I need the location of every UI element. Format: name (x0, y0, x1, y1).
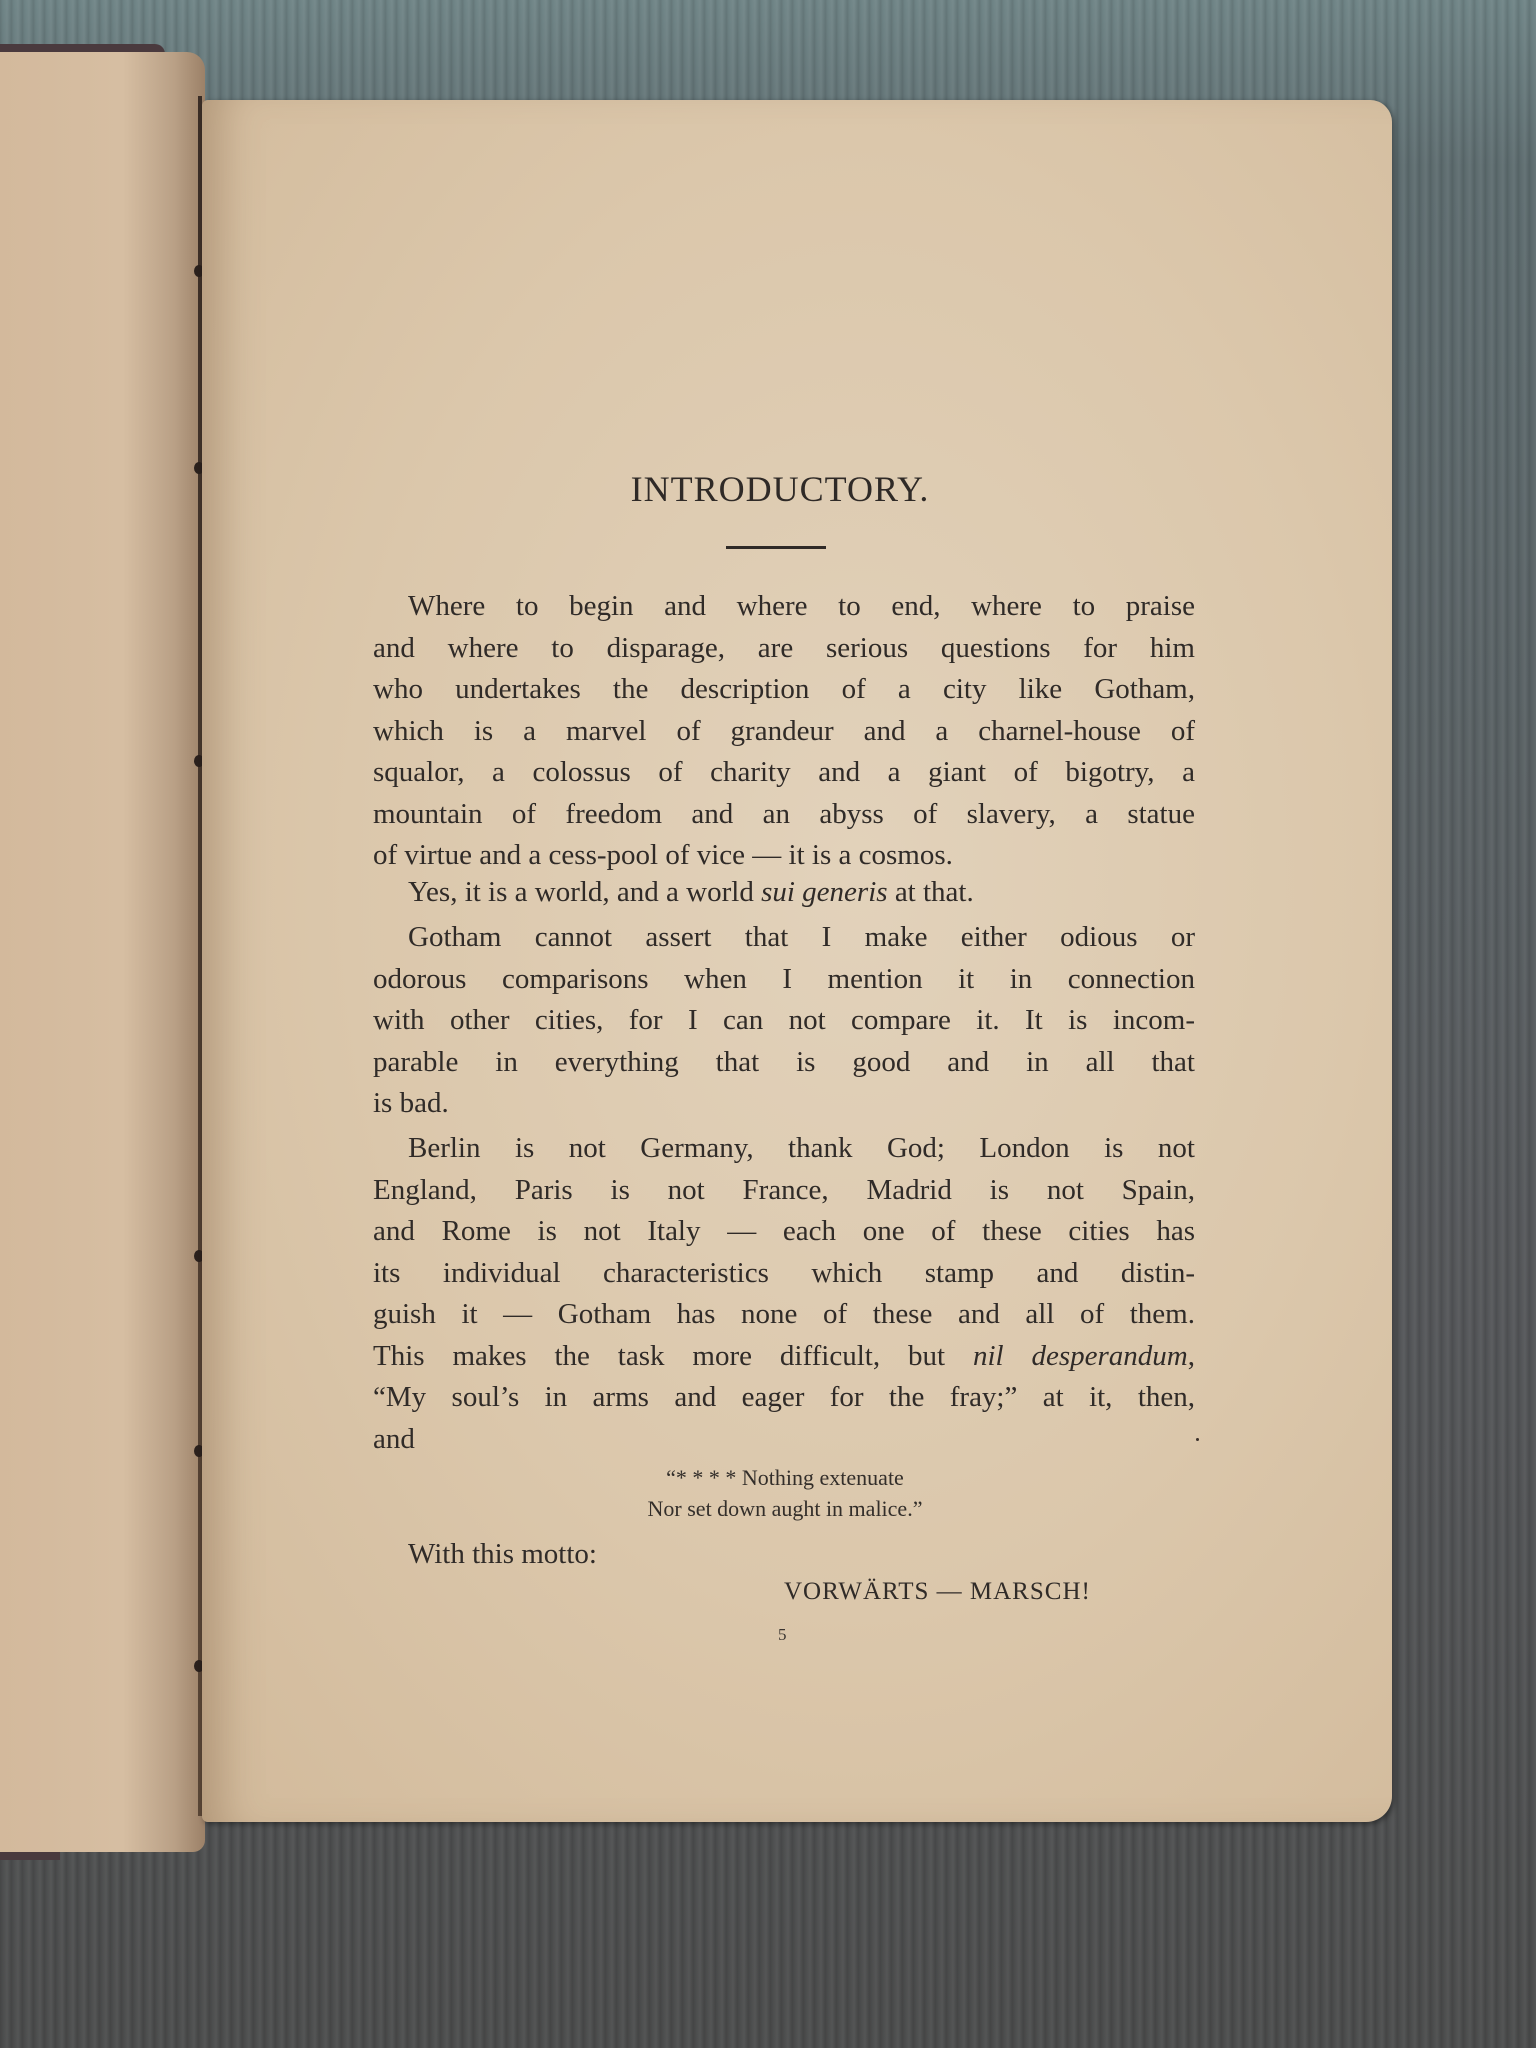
quote-line-2: Nor set down aught in malice.” (0, 1496, 1536, 1522)
text-line: and (373, 1419, 1195, 1461)
text-line: “My soul’s in arms and eager for the fra… (373, 1377, 1195, 1419)
text-line: Gotham cannot assert that I make either … (373, 917, 1195, 959)
motto: VORWÄRTS — MARSCH! (784, 1578, 1091, 1606)
text-line: odorous comparisons when I mention it in… (373, 959, 1195, 1001)
text-line: its individual characteristics which sta… (373, 1253, 1195, 1295)
text-line: guish it — Gotham has none of these and … (373, 1294, 1195, 1336)
text-segment: This makes the task more difficult, but (373, 1340, 973, 1372)
text-line: who undertakes the description of a city… (373, 669, 1195, 711)
page-title: INTRODUCTORY. (0, 468, 1536, 510)
paragraph-2: Yes, it is a world, and a world sui gene… (373, 872, 1195, 914)
italic-phrase: sui generis (761, 876, 887, 908)
page-number: 5 (778, 1625, 787, 1645)
quote-line-1: “* * * * Nothing extenuate (0, 1465, 1536, 1491)
text-line: and where to disparage, are serious ques… (373, 628, 1195, 670)
text-line: with other cities, for I can not compare… (373, 1000, 1195, 1042)
text-line: Where to begin and where to end, where t… (373, 586, 1195, 628)
text-line: England, Paris is not France, Madrid is … (373, 1170, 1195, 1212)
paragraph-3: Gotham cannot assert that I make either … (373, 917, 1195, 1125)
text-segment: Yes, it is a world, and a world (408, 876, 761, 908)
text-line: of virtue and a cess-pool of vice — it i… (373, 835, 1195, 877)
text-line: Berlin is not Germany, thank God; London… (373, 1128, 1195, 1170)
title-rule (726, 546, 826, 549)
text-line: parable in everything that is good and i… (373, 1042, 1195, 1084)
text-segment: at that. (888, 876, 974, 908)
text-line: Yes, it is a world, and a world sui gene… (373, 872, 1195, 914)
text-line: This makes the task more difficult, but … (373, 1336, 1195, 1378)
text-segment: , (1188, 1340, 1195, 1372)
text-line: mountain of freedom and an abyss of slav… (373, 794, 1195, 836)
paragraph-1: Where to begin and where to end, where t… (373, 586, 1195, 877)
motto-intro: With this motto: (408, 1538, 597, 1571)
text-line: squalor, a colossus of charity and a gia… (373, 752, 1195, 794)
paragraph-4: Berlin is not Germany, thank God; London… (373, 1128, 1195, 1460)
left-page (0, 52, 205, 1852)
italic-phrase: nil desperandum (973, 1340, 1188, 1372)
text-line: is bad. (373, 1083, 1195, 1125)
text-line: which is a marvel of grandeur and a char… (373, 711, 1195, 753)
text-line: and Rome is not Italy — each one of thes… (373, 1211, 1195, 1253)
ink-speck (1196, 1438, 1199, 1441)
